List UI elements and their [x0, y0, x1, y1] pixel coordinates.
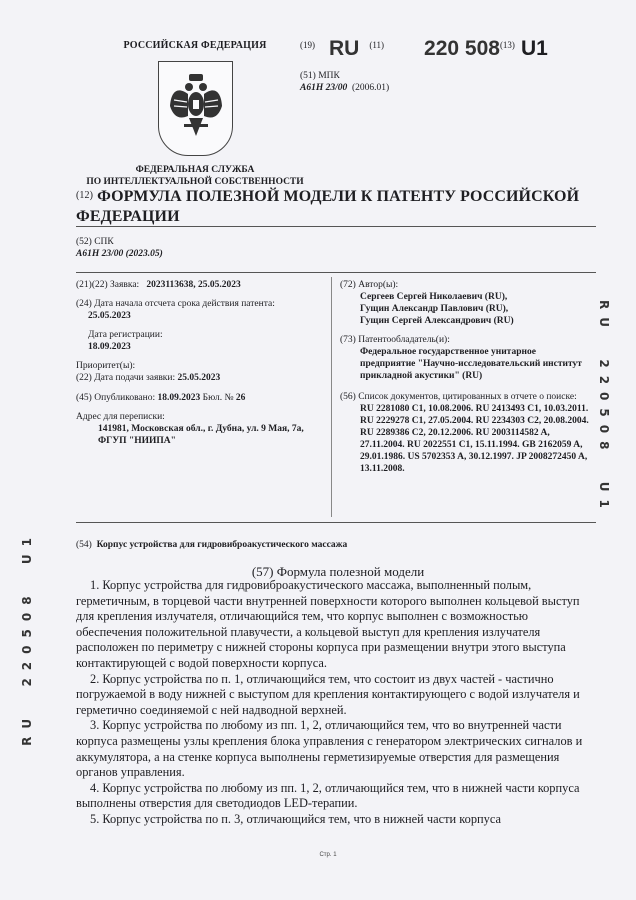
- published-field: (45) Опубликовано: 18.09.2023 Бюл. № 26: [76, 392, 326, 404]
- country-name: РОССИЙСКАЯ ФЕДЕРАЦИЯ: [80, 40, 310, 51]
- priority-field: Приоритет(ы): (22) Дата подачи заявки: 2…: [76, 360, 326, 384]
- inid-code-11: (11): [369, 40, 384, 50]
- kind-code: U1: [521, 38, 548, 60]
- inid-code-19: (19): [300, 40, 315, 50]
- application-field: (21)(22) Заявка: 2023113638, 25.05.2023: [76, 279, 326, 291]
- bibliographic-left: (21)(22) Заявка: 2023113638, 25.05.2023 …: [76, 279, 326, 454]
- agency-name: ФЕДЕРАЛЬНАЯ СЛУЖБА ПО ИНТЕЛЛЕКТУАЛЬНОЙ С…: [80, 164, 310, 188]
- divider: [76, 272, 596, 273]
- term-start-field: (24) Дата начала отсчета срока действия …: [76, 298, 326, 322]
- ipc-classification: (51) МПК A61H 23/00 (2006.01): [300, 70, 620, 94]
- side-stamp-left: RU 220508 U1: [20, 530, 40, 746]
- cpc-classification: (52) СПК A61H 23/00 (2023.05): [76, 236, 163, 260]
- patent-holder-field: (73) Патентообладатель(и): Федеральное г…: [340, 334, 590, 382]
- coat-of-arms-icon: [158, 61, 233, 156]
- author-name: Гущин Александр Павлович (RU),: [340, 303, 590, 315]
- page-number: Стр. 1: [0, 852, 636, 858]
- issuer-block: РОССИЙСКАЯ ФЕДЕРАЦИЯ: [80, 40, 310, 188]
- document-title: (12)ФОРМУЛА ПОЛЕЗНОЙ МОДЕЛИ К ПАТЕНТУ РО…: [76, 186, 596, 227]
- bibliographic-right: (72) Автор(ы): Сергеев Сергей Николаевич…: [340, 279, 590, 482]
- claim-item: 1. Корпус устройства для гидровиброакуст…: [76, 578, 596, 672]
- correspondence-address: Адрес для переписки: 141981, Московская …: [76, 411, 326, 447]
- patent-page: РОССИЙСКАЯ ФЕДЕРАЦИЯ: [0, 0, 636, 900]
- registration-field: Дата регистрации: 18.09.2023: [76, 329, 326, 353]
- author-name: Гущин Сергей Александрович (RU): [340, 315, 590, 327]
- column-divider: [331, 277, 332, 517]
- claim-item: 3. Корпус устройства по любому из пп. 1,…: [76, 718, 596, 780]
- patent-number: 220 508: [424, 38, 500, 60]
- inid-code-13: (13): [500, 40, 515, 50]
- country-code: RU: [329, 38, 359, 60]
- claim-item: 2. Корпус устройства по п. 1, отличающий…: [76, 672, 596, 719]
- model-title: (54) Корпус устройства для гидровиброаку…: [76, 540, 347, 550]
- divider: [76, 522, 596, 523]
- cited-documents-field: (56) Список документов, цитированных в о…: [340, 391, 590, 475]
- claim-item: 5. Корпус устройства по п. 3, отличающий…: [76, 812, 596, 828]
- divider: [76, 226, 596, 227]
- authors-field: (72) Автор(ы): Сергеев Сергей Николаевич…: [340, 279, 590, 327]
- claim-item: 4. Корпус устройства по любому из пп. 1,…: [76, 781, 596, 812]
- claims-body: 1. Корпус устройства для гидровиброакуст…: [76, 578, 596, 828]
- side-stamp-right: RU 220508 U1: [597, 300, 617, 516]
- author-name: Сергеев Сергей Николаевич (RU),: [340, 291, 590, 303]
- publication-number-block: (19) RU (11) 220 508 (13) U1 (51) МПК A6…: [300, 38, 620, 94]
